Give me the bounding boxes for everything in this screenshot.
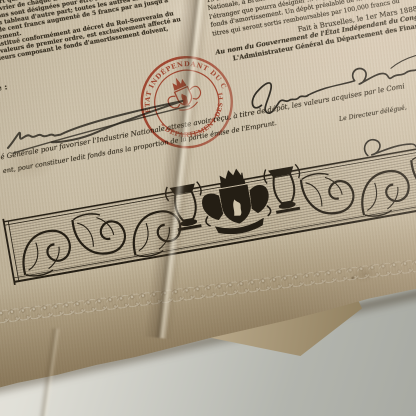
cut-off-label: é : <box>0 81 8 93</box>
photo-of-antique-document: au sort qui ont 20 février de chaque ann… <box>0 0 416 416</box>
